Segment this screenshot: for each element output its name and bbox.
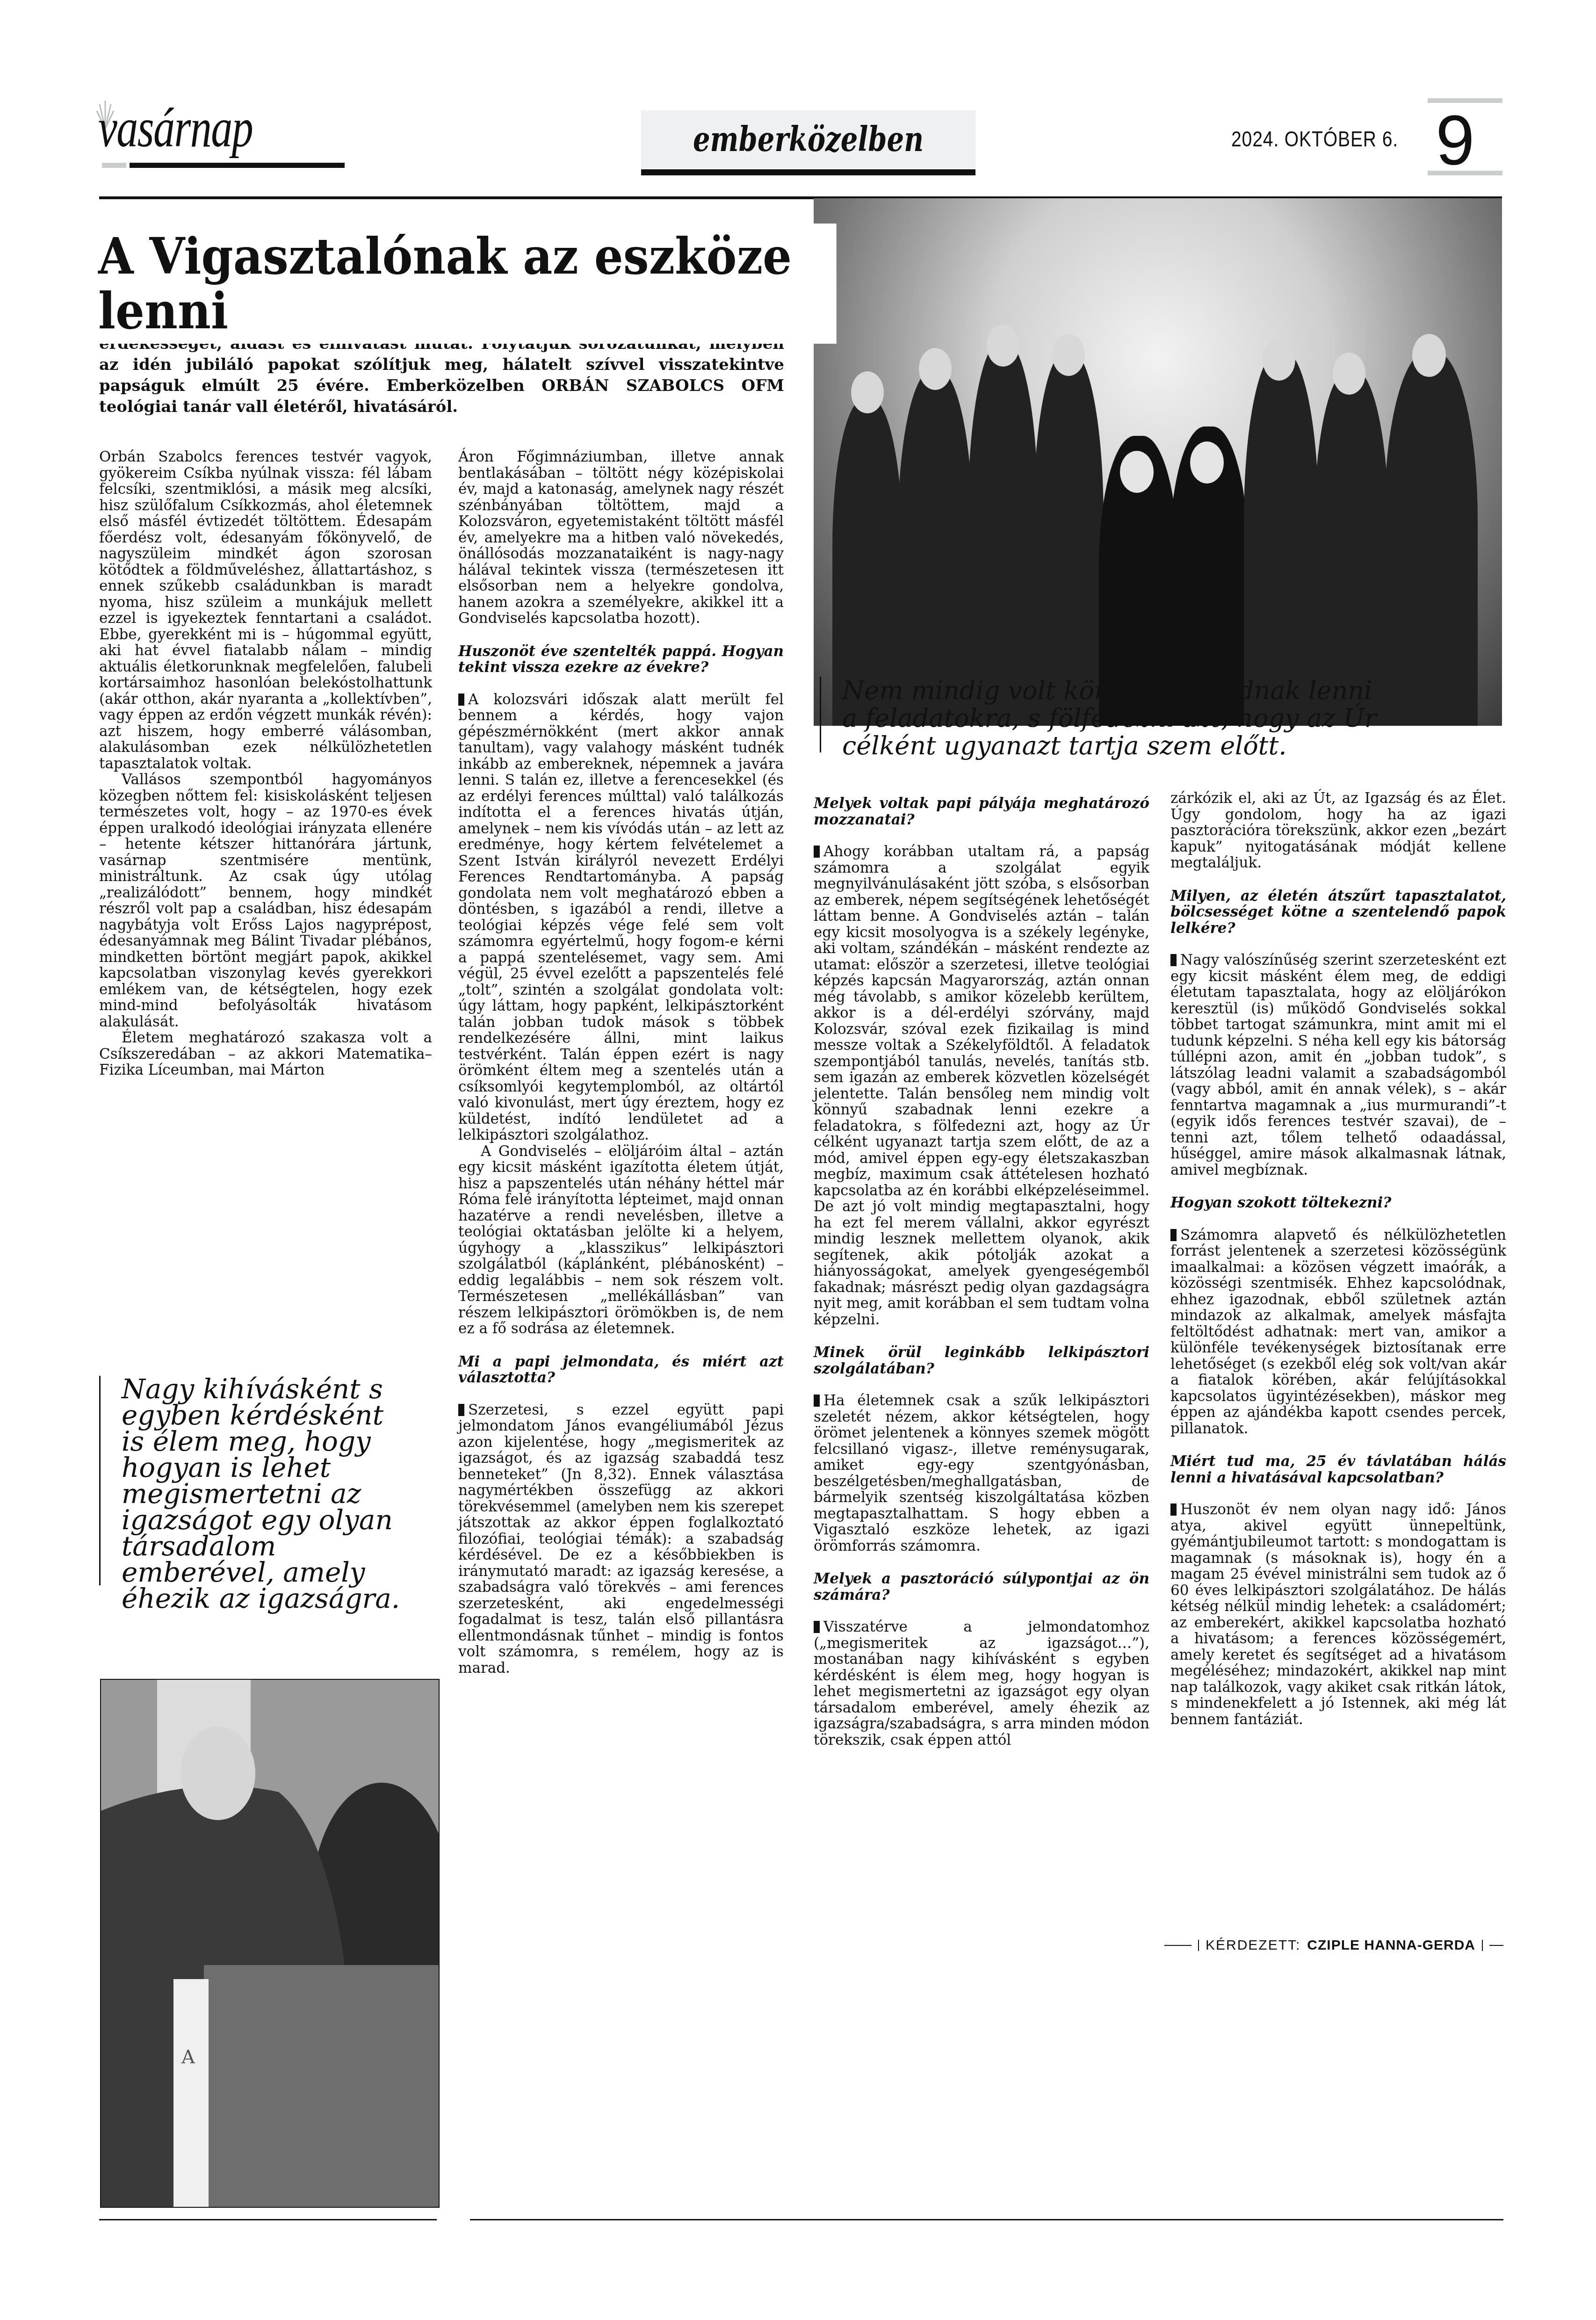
interview-answer: Nagy valószínűség szerint szerzetesként … — [1170, 952, 1506, 1178]
interview-question: Melyek a pasztoráció súlypontjai az ön s… — [814, 1571, 1149, 1603]
byline-author: CZIPLE HANNA-GERDA — [1307, 1937, 1475, 1953]
masthead-accent — [102, 163, 126, 168]
byline-label: KÉRDEZETT: — [1206, 1937, 1300, 1953]
section-label: emberközelben — [641, 110, 975, 168]
page-number: 9 — [1436, 105, 1474, 175]
priest-photo: A — [100, 1679, 440, 2208]
page-number-bar-bottom — [1428, 171, 1502, 175]
article-headline: A Vigasztalónak az eszköze lenni — [98, 224, 837, 344]
byline: KÉRDEZETT: CZIPLE HANNA-GERDA — [1164, 1937, 1503, 1953]
interview-question: Huszonöt éve szentelték pappá. Hogyan te… — [458, 643, 784, 676]
masthead-logo[interactable]: vasárnap — [98, 101, 253, 156]
interview-answer: Ha életemnek csak a szűk lelkipásztori s… — [814, 1393, 1149, 1554]
body-paragraph: zárkózik el, aki az Út, az Igazság és az… — [1170, 790, 1506, 871]
pull-quote-right: Nem mindig volt könnyű szabadnak lenni a… — [820, 677, 1380, 752]
interview-question: Melyek voltak papi pályája meghatározó m… — [814, 795, 1149, 828]
article-column-3: Melyek voltak papi pályája meghatározó m… — [814, 779, 1149, 1748]
body-paragraph: Áron Főgimnáziumban, illetve annak bentl… — [458, 449, 784, 627]
interview-question: Miért tud ma, 25 év távlatában hálás len… — [1170, 1453, 1506, 1486]
section-underline — [641, 169, 975, 175]
article-column-4: zárkózik el, aki az Út, az Igazság és az… — [1170, 790, 1506, 1727]
footer-rule — [470, 2219, 1503, 2220]
svg-text:A: A — [181, 2046, 195, 2068]
footer-rule-left — [99, 2219, 437, 2220]
article-column-1: Orbán Szabolcs ferences testvér vagyok, … — [99, 449, 432, 1078]
byline-tick — [1482, 1940, 1483, 1951]
body-paragraph: A Gondviselés – elöljáróim által – aztán… — [458, 1143, 784, 1337]
interview-answer: Huszonöt év nem olyan nagy idő: János at… — [1170, 1502, 1506, 1727]
pull-quote-left: Nagy kihívásként s egyben kérdésként is … — [99, 1376, 412, 1585]
interview-answer: Visszatérve a jelmondatomhoz („megismeri… — [814, 1619, 1149, 1748]
section-title: emberközelben — [675, 110, 942, 168]
byline-rule-left — [1164, 1945, 1192, 1946]
interview-answer: Ahogy korábban utaltam rá, a papság szám… — [814, 844, 1149, 1328]
article-column-2: Áron Főgimnáziumban, illetve annak bentl… — [458, 449, 784, 1676]
issue-date: 2024. OKTÓBER 6. — [1231, 126, 1398, 152]
interview-question: Milyen, az életén átszűrt tapasztalatot,… — [1170, 888, 1506, 937]
interview-answer: Szerzetesi, s ezzel együtt papi jelmonda… — [458, 1402, 784, 1677]
interview-answer: Számomra alapvető és nélkülözhetetlen fo… — [1170, 1227, 1506, 1437]
body-paragraph: Orbán Szabolcs ferences testvér vagyok, … — [99, 449, 432, 772]
byline-tick — [1198, 1940, 1199, 1951]
interview-answer: A kolozsvári időszak alatt merült fel be… — [458, 692, 784, 1143]
interview-question: Hogyan szokott töltekezni? — [1170, 1195, 1506, 1211]
interview-question: Mi a papi jelmondata, és miért azt válas… — [458, 1354, 784, 1386]
group-photo — [814, 198, 1502, 726]
body-paragraph: Vallásos szempontból hagyományos közegbe… — [99, 772, 432, 1030]
interview-question: Minek örül leginkább lelkipásztori szolg… — [814, 1344, 1149, 1377]
byline-rule-right — [1489, 1945, 1503, 1946]
body-paragraph: Életem meghatározó szakasza volt a Csíks… — [99, 1030, 432, 1078]
masthead-underline — [130, 163, 345, 168]
